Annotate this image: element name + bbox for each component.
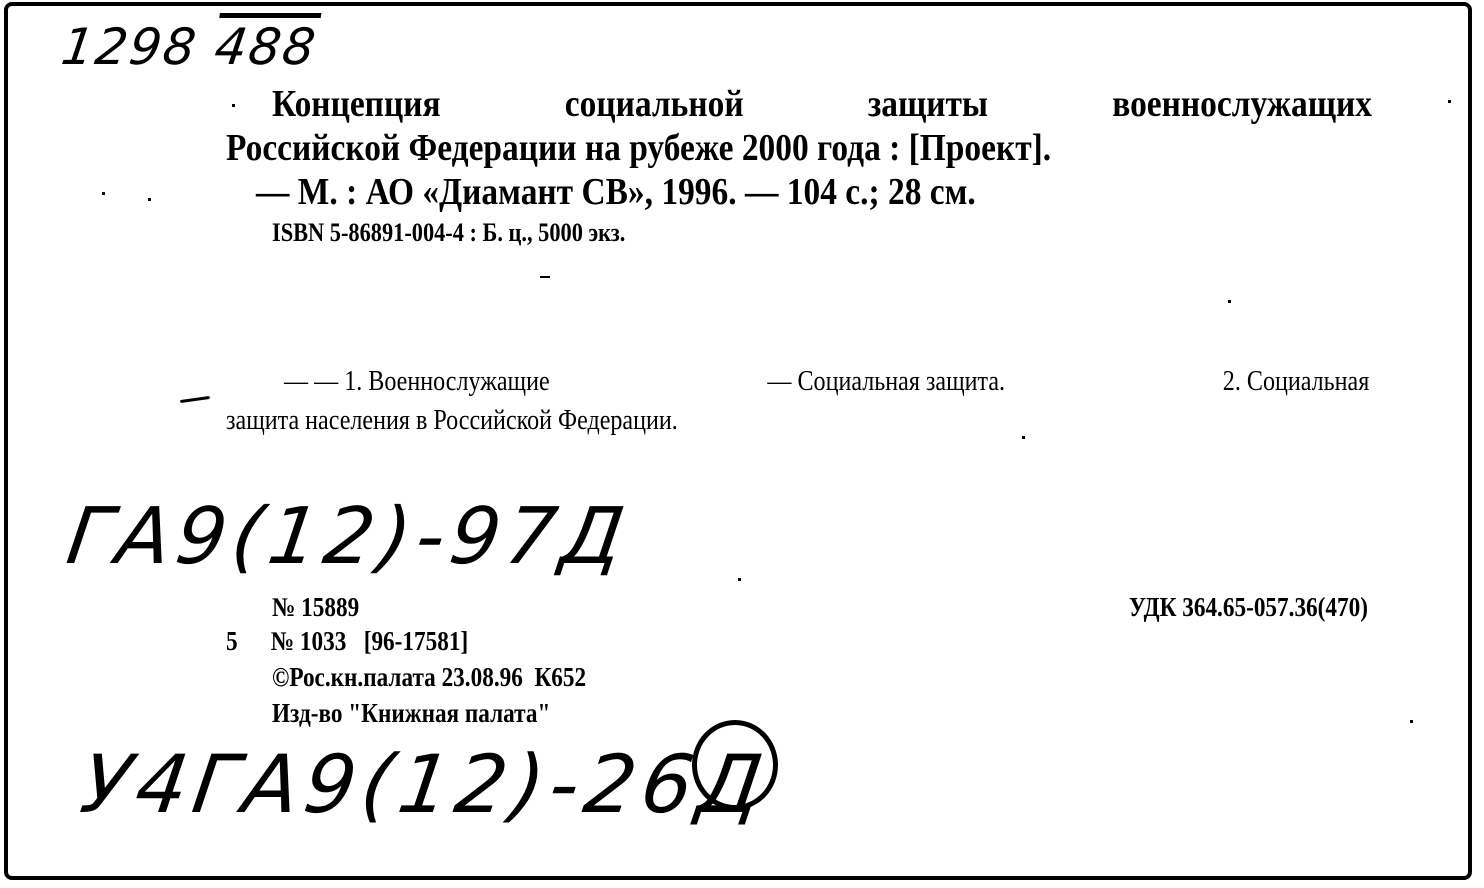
registration-number: № 15889 (272, 592, 359, 623)
title-line-2: Российской Федерации на рубеже 2000 года… (226, 126, 1371, 170)
udk-code: УДК 364.65-057.36(470) (1129, 592, 1368, 623)
title-word: социальной (565, 82, 744, 126)
prefix-digit: 5 (226, 626, 271, 657)
scan-speck (1022, 436, 1025, 439)
title-word: защиты (868, 82, 988, 126)
scan-speck (738, 578, 741, 581)
handwritten-classification-2: У4ГА9(12)-26Д (75, 738, 773, 831)
subject-heading: 2. Социальная (1223, 366, 1370, 398)
handwritten-classification-1: ГА9(12)-97Д (62, 492, 636, 582)
title-line-1: Концепция социальной защиты военнослужащ… (272, 82, 1372, 126)
subject-headings-line-2: защита населения в Российской Федерации. (226, 405, 678, 437)
subject-heading: — — 1. Военнослужащие (284, 366, 550, 398)
title-word: военнослужащих (1112, 82, 1372, 126)
circle-mark-icon (692, 720, 778, 810)
scan-speck (1228, 300, 1231, 303)
card-number-line: 5№ 1033 [96-17581] (226, 626, 468, 657)
scan-speck (148, 198, 151, 201)
scan-speck (102, 192, 105, 195)
card-number: № 1033 [96-17581] (271, 626, 468, 656)
scan-speck (1410, 720, 1413, 723)
scan-speck (232, 104, 235, 107)
handwritten-inventory-number: 1298 488 (58, 18, 321, 76)
subject-headings-line-1: — — 1. Военнослужащие — Социальная защит… (284, 366, 1369, 398)
isbn-line: ISBN 5-86891-004-4 : Б. ц., 5000 экз. (272, 218, 625, 248)
copyright-line: ©Рос.кн.палата 23.08.96 К652 (272, 662, 586, 693)
subject-heading: — Социальная защита. (767, 366, 1005, 398)
imprint-line: — М. : АО «Диамант СВ», 1996. — 104 с.; … (256, 170, 976, 214)
title-word: Концепция (272, 82, 441, 126)
scan-speck (1448, 100, 1451, 103)
publisher-line: Изд-во "Книжная палата" (272, 698, 550, 729)
scan-speck (540, 276, 550, 278)
